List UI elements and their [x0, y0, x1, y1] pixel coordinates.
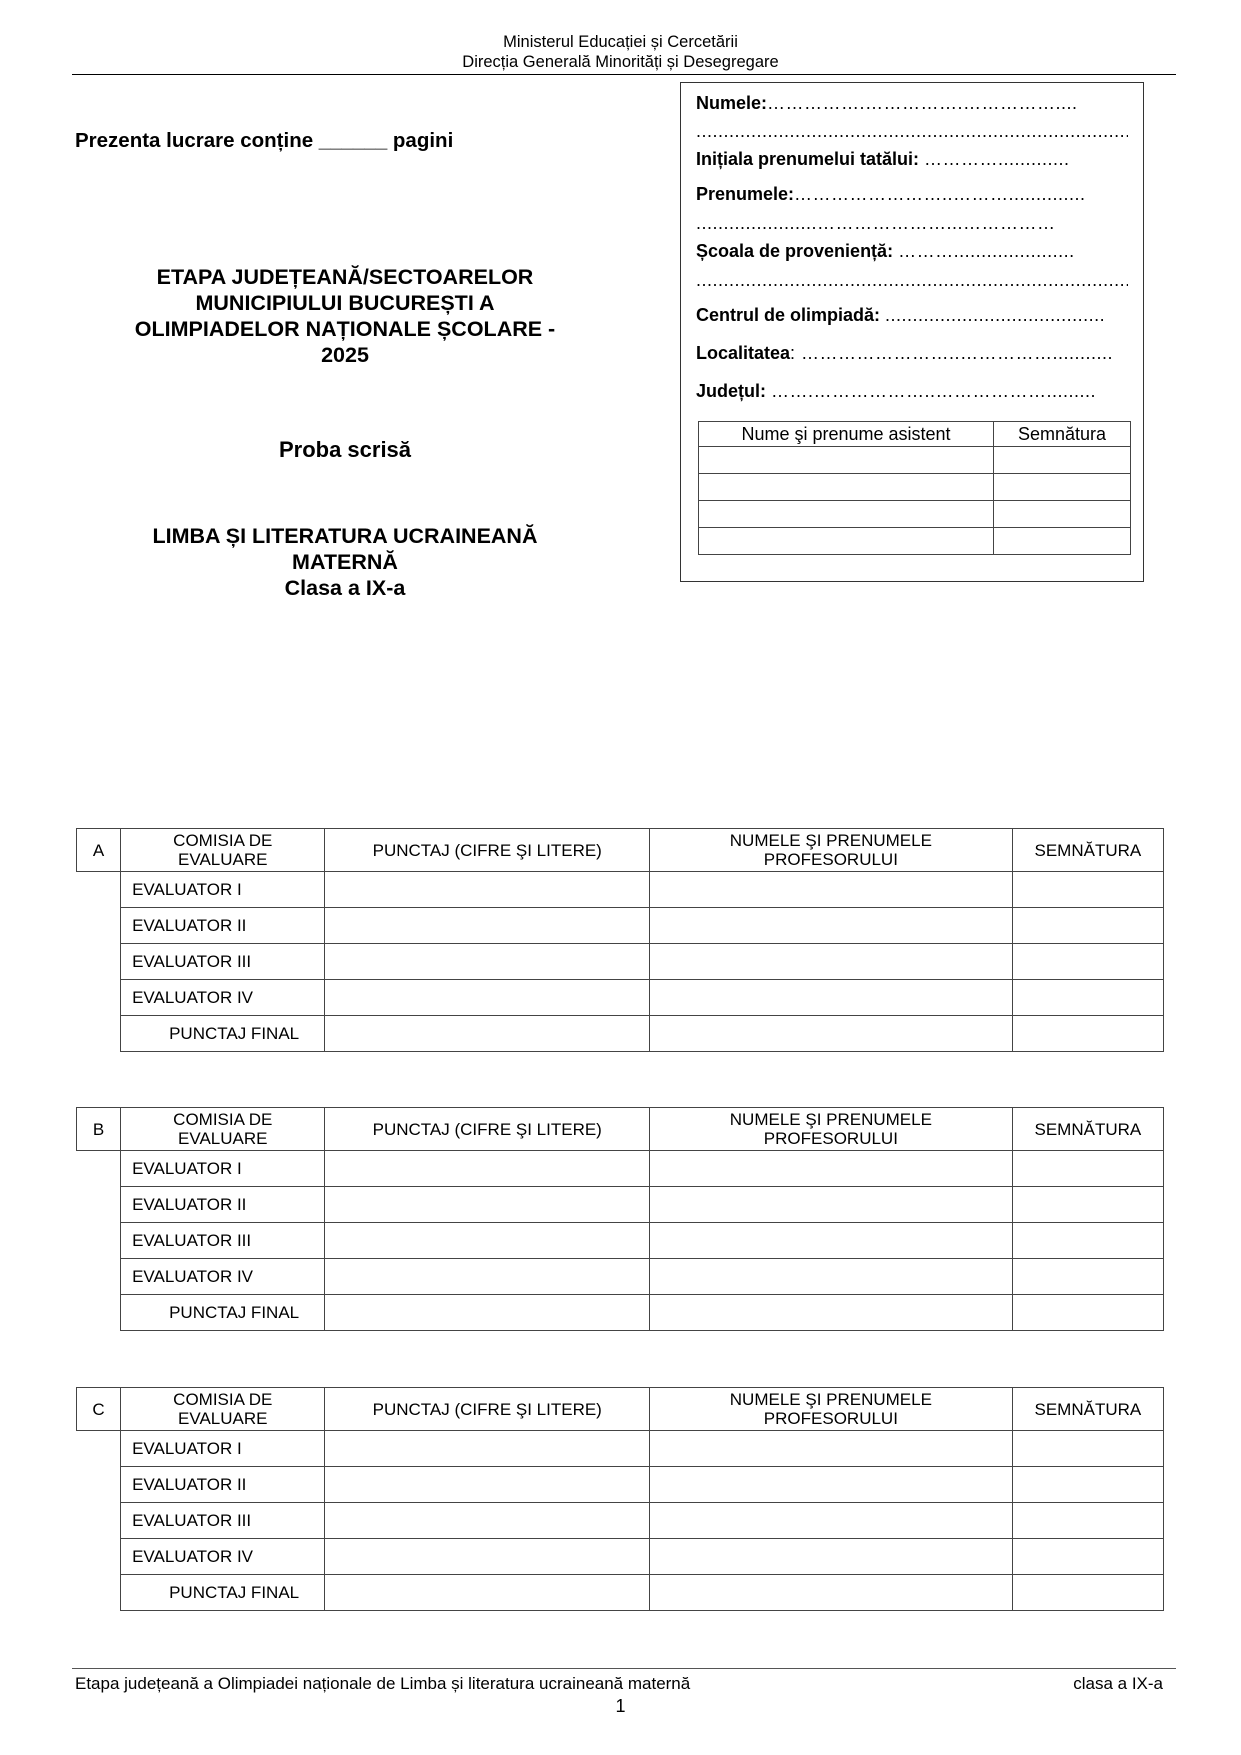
signature-cell[interactable]	[1012, 1223, 1163, 1259]
evaluation-table-header: ACOMISIA DEEVALUAREPUNCTAJ (CIFRE ŞI LIT…	[77, 829, 1164, 872]
assistant-row	[699, 447, 1131, 474]
score-cell[interactable]	[325, 908, 650, 944]
footer-divider	[72, 1668, 1176, 1669]
header-numele-profesor: NUMELE ŞI PRENUMELEPROFESORULUI	[650, 829, 1013, 872]
signature-cell[interactable]	[1012, 1503, 1163, 1539]
assistant-name-cell[interactable]	[699, 528, 994, 555]
score-cell[interactable]	[325, 1467, 650, 1503]
field-localitatea[interactable]: Localitatea: ……………………..……………...........	[696, 343, 1128, 364]
assistant-signature-cell[interactable]	[994, 447, 1131, 474]
title-line: OLIMPIADELOR NAȚIONALE ȘCOLARE -	[90, 316, 600, 342]
header-punctaj: PUNCTAJ (CIFRE ŞI LITERE)	[325, 1388, 650, 1431]
score-cell[interactable]	[325, 944, 650, 980]
header-punctaj: PUNCTAJ (CIFRE ŞI LITERE)	[325, 829, 650, 872]
assistant-row	[699, 528, 1131, 555]
assistant-name-cell[interactable]	[699, 474, 994, 501]
title-line: MUNICIPIULUI BUCUREȘTI A	[90, 290, 600, 316]
evaluator-row: EVALUATOR II	[77, 908, 1164, 944]
field-label: Localitatea	[696, 343, 790, 363]
evaluator-row: EVALUATOR II	[77, 1187, 1164, 1223]
signature-cell[interactable]	[1012, 1431, 1163, 1467]
fill-dots: ......................…………………...……………	[696, 213, 1056, 233]
evaluator-label: EVALUATOR III	[121, 1503, 325, 1539]
score-cell[interactable]	[325, 1223, 650, 1259]
teacher-name-cell[interactable]	[650, 1575, 1013, 1611]
score-cell[interactable]	[325, 1187, 650, 1223]
section-letter: B	[77, 1108, 121, 1151]
evaluator-row: PUNCTAJ FINAL	[77, 1575, 1164, 1611]
fill-dots: ………......................	[898, 241, 1075, 261]
fill-dots: …………….…………….……………....	[767, 93, 1078, 113]
footer-left: Etapa județeană a Olimpiadei naționale d…	[75, 1674, 690, 1694]
score-cell[interactable]	[325, 1151, 650, 1187]
field-scoala-continuation[interactable]: ........................................…	[696, 270, 1128, 291]
spacer-cell	[77, 1503, 121, 1539]
evaluator-label: EVALUATOR III	[121, 1223, 325, 1259]
class-label: Clasa a IX-a	[90, 575, 600, 601]
teacher-name-cell[interactable]	[650, 1503, 1013, 1539]
signature-cell[interactable]	[1012, 1259, 1163, 1295]
field-label: Școala de proveniență:	[696, 241, 893, 261]
evaluation-table-a: ACOMISIA DEEVALUAREPUNCTAJ (CIFRE ŞI LIT…	[76, 828, 1164, 1052]
evaluator-row: EVALUATOR III	[77, 1503, 1164, 1539]
teacher-name-cell[interactable]	[650, 1223, 1013, 1259]
teacher-name-cell[interactable]	[650, 1151, 1013, 1187]
footer-right: clasa a IX-a	[1073, 1674, 1163, 1694]
subject-line: LIMBA ȘI LITERATURA UCRAINEANĂ	[90, 523, 600, 549]
assistant-name-cell[interactable]	[699, 447, 994, 474]
field-label: Inițiala prenumelui tatălui:	[696, 149, 919, 169]
spacer-cell	[77, 1575, 121, 1611]
teacher-name-cell[interactable]	[650, 1259, 1013, 1295]
evaluator-row: EVALUATOR II	[77, 1467, 1164, 1503]
signature-cell[interactable]	[1012, 1295, 1163, 1331]
signature-cell[interactable]	[1012, 1575, 1163, 1611]
fill-dots: ........................................…	[696, 121, 1128, 141]
score-cell[interactable]	[325, 980, 650, 1016]
fill-dots: …….………………..……………….........	[771, 381, 1096, 401]
teacher-name-cell[interactable]	[650, 1467, 1013, 1503]
signature-cell[interactable]	[1012, 1151, 1163, 1187]
section-letter: A	[77, 829, 121, 872]
final-score-label: PUNCTAJ FINAL	[121, 1575, 325, 1611]
evaluation-table-c: CCOMISIA DEEVALUAREPUNCTAJ (CIFRE ŞI LIT…	[76, 1387, 1164, 1611]
teacher-name-cell[interactable]	[650, 980, 1013, 1016]
evaluator-label: EVALUATOR I	[121, 1151, 325, 1187]
signature-cell[interactable]	[1012, 1016, 1163, 1052]
score-cell[interactable]	[325, 1259, 650, 1295]
teacher-name-cell[interactable]	[650, 944, 1013, 980]
header-semnatura: SEMNĂTURA	[1012, 829, 1163, 872]
field-label: Centrul de olimpiadă:	[696, 305, 880, 325]
evaluator-row: EVALUATOR IV	[77, 980, 1164, 1016]
evaluator-label: EVALUATOR II	[121, 1467, 325, 1503]
header-numele-profesor: NUMELE ŞI PRENUMELEPROFESORULUI	[650, 1108, 1013, 1151]
evaluator-row: EVALUATOR IV	[77, 1259, 1164, 1295]
subject-title: LIMBA ȘI LITERATURA UCRAINEANĂ MATERNĂ C…	[90, 523, 600, 601]
signature-cell[interactable]	[1012, 1467, 1163, 1503]
signature-cell[interactable]	[1012, 908, 1163, 944]
assistant-table: Nume şi prenume asistent Semnătura	[698, 421, 1131, 555]
evaluator-label: EVALUATOR III	[121, 944, 325, 980]
spacer-cell	[77, 908, 121, 944]
final-score-label: PUNCTAJ FINAL	[121, 1295, 325, 1331]
spacer-cell	[77, 1223, 121, 1259]
section-letter: C	[77, 1388, 121, 1431]
teacher-name-cell[interactable]	[650, 872, 1013, 908]
assistant-signature-cell[interactable]	[994, 474, 1131, 501]
spacer-cell	[77, 944, 121, 980]
teacher-name-cell[interactable]	[650, 1295, 1013, 1331]
evaluator-row: EVALUATOR I	[77, 872, 1164, 908]
field-centru[interactable]: Centrul de olimpiadă: ..................…	[696, 305, 1128, 326]
header-semnatura: Semnătura	[994, 422, 1131, 447]
final-score-label: PUNCTAJ FINAL	[121, 1016, 325, 1052]
assistant-row	[699, 501, 1131, 528]
evaluator-label: EVALUATOR I	[121, 872, 325, 908]
spacer-cell	[77, 1151, 121, 1187]
evaluator-row: PUNCTAJ FINAL	[77, 1295, 1164, 1331]
title-line: 2025	[90, 342, 600, 368]
spacer-cell	[77, 1467, 121, 1503]
evaluator-label: EVALUATOR IV	[121, 980, 325, 1016]
spacer-cell	[77, 1259, 121, 1295]
signature-cell[interactable]	[1012, 1539, 1163, 1575]
assistant-signature-cell[interactable]	[994, 528, 1131, 555]
spacer-cell	[77, 1539, 121, 1575]
score-cell[interactable]	[325, 872, 650, 908]
fill-dots: ……………………..………..............	[794, 184, 1086, 204]
header-semnatura: SEMNĂTURA	[1012, 1388, 1163, 1431]
evaluation-table-header: CCOMISIA DEEVALUAREPUNCTAJ (CIFRE ŞI LIT…	[77, 1388, 1164, 1431]
evaluator-row: EVALUATOR III	[77, 1223, 1164, 1259]
fill-dots: : ……………………..……………...........	[790, 343, 1113, 363]
assistant-name-cell[interactable]	[699, 501, 994, 528]
header-directorate: Direcția Generală Minorități și Desegreg…	[0, 52, 1241, 72]
field-label: Prenumele:	[696, 184, 794, 204]
header-ministry: Ministerul Educației și Cercetării	[0, 32, 1241, 52]
assistant-signature-cell[interactable]	[994, 501, 1131, 528]
fill-dots: ........................................	[885, 305, 1105, 325]
candidate-info-box: Numele:…………….…………….…………….... ...........…	[680, 82, 1144, 582]
teacher-name-cell[interactable]	[650, 908, 1013, 944]
spacer-cell	[77, 1431, 121, 1467]
subject-line: MATERNĂ	[90, 549, 600, 575]
exam-type: Proba scrisă	[90, 437, 600, 463]
spacer-cell	[77, 1295, 121, 1331]
teacher-name-cell[interactable]	[650, 1431, 1013, 1467]
spacer-cell	[77, 1187, 121, 1223]
signature-cell[interactable]	[1012, 980, 1163, 1016]
evaluator-row: EVALUATOR I	[77, 1151, 1164, 1187]
signature-cell[interactable]	[1012, 872, 1163, 908]
signature-cell[interactable]	[1012, 1187, 1163, 1223]
header-comisia: COMISIA DEEVALUARE	[121, 1388, 325, 1431]
evaluator-row: EVALUATOR IV	[77, 1539, 1164, 1575]
score-cell[interactable]	[325, 1503, 650, 1539]
score-cell[interactable]	[325, 1539, 650, 1575]
header-punctaj: PUNCTAJ (CIFRE ŞI LITERE)	[325, 1108, 650, 1151]
signature-cell[interactable]	[1012, 944, 1163, 980]
header-semnatura: SEMNĂTURA	[1012, 1108, 1163, 1151]
header-divider	[72, 74, 1176, 75]
title-line: ETAPA JUDEȚEANĂ/SECTOARELOR	[90, 264, 600, 290]
evaluator-label: EVALUATOR I	[121, 1431, 325, 1467]
field-judetul[interactable]: Județul: …….………………..……………….........	[696, 381, 1128, 402]
spacer-cell	[77, 1016, 121, 1052]
assistant-row	[699, 474, 1131, 501]
assistant-table-header: Nume şi prenume asistent Semnătura	[699, 422, 1131, 447]
evaluation-table-header: BCOMISIA DEEVALUAREPUNCTAJ (CIFRE ŞI LIT…	[77, 1108, 1164, 1151]
score-cell[interactable]	[325, 1575, 650, 1611]
field-initiala[interactable]: Inițiala prenumelui tatălui: ………….......…	[696, 149, 1128, 170]
teacher-name-cell[interactable]	[650, 1016, 1013, 1052]
evaluator-row: PUNCTAJ FINAL	[77, 1016, 1164, 1052]
field-label: Numele:	[696, 93, 767, 113]
field-label: Județul:	[696, 381, 766, 401]
field-numele-continuation[interactable]: ........................................…	[696, 121, 1128, 142]
field-prenumele[interactable]: Prenumele:……………………..………..............	[696, 184, 1128, 205]
evaluator-label: EVALUATOR IV	[121, 1539, 325, 1575]
spacer-cell	[77, 980, 121, 1016]
competition-title: ETAPA JUDEȚEANĂ/SECTOARELOR MUNICIPIULUI…	[90, 264, 600, 368]
evaluation-table-b: BCOMISIA DEEVALUAREPUNCTAJ (CIFRE ŞI LIT…	[76, 1107, 1164, 1331]
teacher-name-cell[interactable]	[650, 1539, 1013, 1575]
score-cell[interactable]	[325, 1016, 650, 1052]
evaluator-label: EVALUATOR IV	[121, 1259, 325, 1295]
spacer-cell	[77, 872, 121, 908]
header-comisia: COMISIA DEEVALUARE	[121, 1108, 325, 1151]
fill-dots: ………….............	[924, 149, 1070, 169]
evaluator-label: EVALUATOR II	[121, 908, 325, 944]
score-cell[interactable]	[325, 1295, 650, 1331]
pages-notice: Prezenta lucrare conține ______ pagini	[75, 129, 453, 153]
teacher-name-cell[interactable]	[650, 1187, 1013, 1223]
evaluator-row: EVALUATOR III	[77, 944, 1164, 980]
field-prenumele-continuation[interactable]: ......................…………………...……………	[696, 213, 1128, 234]
page-number: 1	[0, 1696, 1241, 1717]
header-nume-asistent: Nume şi prenume asistent	[699, 422, 994, 447]
evaluator-row: EVALUATOR I	[77, 1431, 1164, 1467]
header-comisia: COMISIA DEEVALUARE	[121, 829, 325, 872]
fill-dots: ........................................…	[696, 270, 1128, 290]
header-numele-profesor: NUMELE ŞI PRENUMELEPROFESORULUI	[650, 1388, 1013, 1431]
score-cell[interactable]	[325, 1431, 650, 1467]
field-numele[interactable]: Numele:…………….…………….……………....	[696, 93, 1128, 114]
field-scoala[interactable]: Școala de proveniență: ………..............…	[696, 241, 1128, 262]
evaluator-label: EVALUATOR II	[121, 1187, 325, 1223]
